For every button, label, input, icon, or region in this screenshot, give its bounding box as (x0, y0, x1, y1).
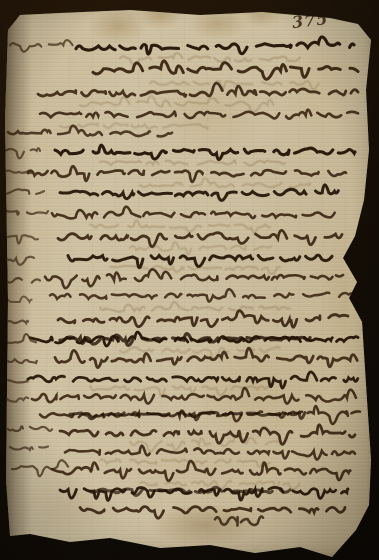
manuscript-photo: 375 (0, 0, 379, 560)
paper-edge-shading (0, 0, 379, 560)
manuscript-page: 375 (0, 0, 379, 560)
